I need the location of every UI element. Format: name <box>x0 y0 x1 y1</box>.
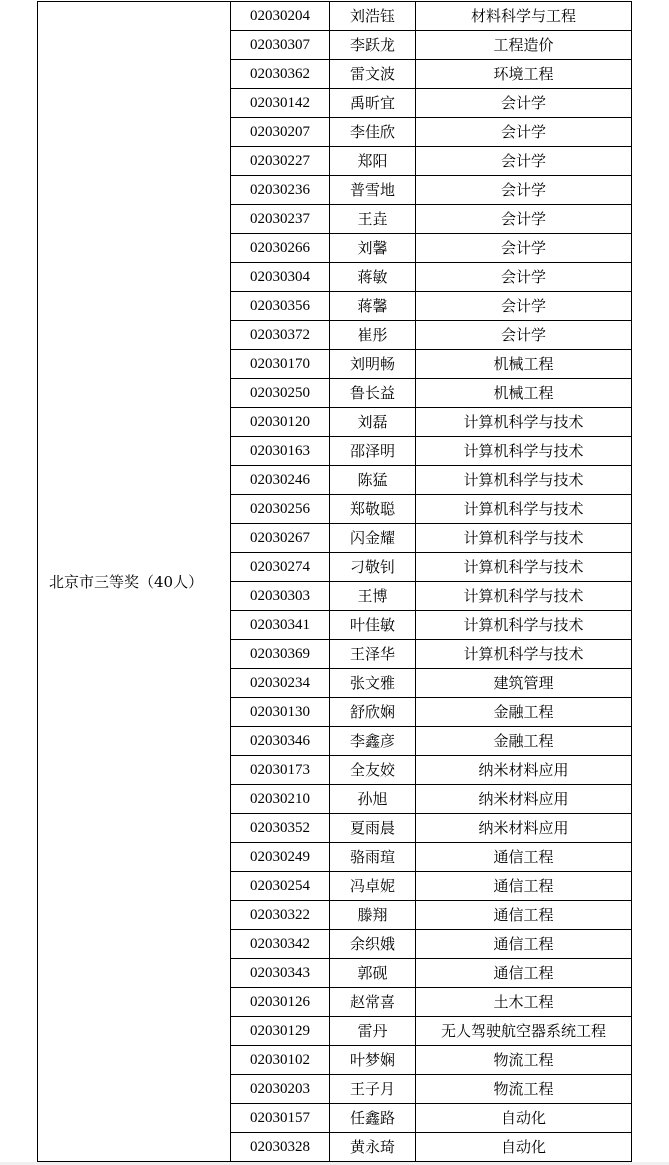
student-name-cell: 王垚 <box>330 205 416 234</box>
student-id-cell: 02030173 <box>231 756 330 785</box>
major-cell: 会计学 <box>416 234 632 263</box>
student-id-cell: 02030352 <box>231 814 330 843</box>
major-cell: 会计学 <box>416 205 632 234</box>
major-cell: 无人驾驶航空器系统工程 <box>416 1017 632 1046</box>
student-id-cell: 02030267 <box>231 524 330 553</box>
major-cell: 通信工程 <box>416 901 632 930</box>
student-id-cell: 02030328 <box>231 1133 330 1162</box>
major-cell: 计算机科学与技术 <box>416 553 632 582</box>
student-id-cell: 02030102 <box>231 1046 330 1075</box>
major-cell: 会计学 <box>416 176 632 205</box>
major-cell: 通信工程 <box>416 872 632 901</box>
student-name-cell: 刘磊 <box>330 408 416 437</box>
major-cell: 物流工程 <box>416 1046 632 1075</box>
student-id-cell: 02030249 <box>231 843 330 872</box>
student-name-cell: 骆雨瑄 <box>330 843 416 872</box>
major-cell: 金融工程 <box>416 698 632 727</box>
major-cell: 会计学 <box>416 292 632 321</box>
major-cell: 会计学 <box>416 89 632 118</box>
major-cell: 计算机科学与技术 <box>416 611 632 640</box>
major-cell: 计算机科学与技术 <box>416 466 632 495</box>
student-id-cell: 02030234 <box>231 669 330 698</box>
major-cell: 计算机科学与技术 <box>416 495 632 524</box>
student-name-cell: 闪金耀 <box>330 524 416 553</box>
major-cell: 通信工程 <box>416 959 632 988</box>
student-name-cell: 滕翔 <box>330 901 416 930</box>
major-cell: 工程造价 <box>416 31 632 60</box>
student-name-cell: 雷文波 <box>330 60 416 89</box>
award-table-body: 北京市三等奖（40人）02030204刘浩钰材料科学与工程02030307李跃龙… <box>38 2 632 1162</box>
student-name-cell: 蒋敏 <box>330 263 416 292</box>
student-name-cell: 邵泽明 <box>330 437 416 466</box>
major-cell: 通信工程 <box>416 930 632 959</box>
major-cell: 建筑管理 <box>416 669 632 698</box>
student-name-cell: 夏雨晨 <box>330 814 416 843</box>
student-name-cell: 李鑫彦 <box>330 727 416 756</box>
student-name-cell: 叶梦娴 <box>330 1046 416 1075</box>
student-id-cell: 02030227 <box>231 147 330 176</box>
major-cell: 会计学 <box>416 263 632 292</box>
student-id-cell: 02030129 <box>231 1017 330 1046</box>
student-name-cell: 郑敬聪 <box>330 495 416 524</box>
student-name-cell: 全友姣 <box>330 756 416 785</box>
student-name-cell: 黄永琦 <box>330 1133 416 1162</box>
student-id-cell: 02030170 <box>231 350 330 379</box>
student-name-cell: 孙旭 <box>330 785 416 814</box>
student-id-cell: 02030341 <box>231 611 330 640</box>
major-cell: 计算机科学与技术 <box>416 524 632 553</box>
major-cell: 自动化 <box>416 1104 632 1133</box>
student-id-cell: 02030207 <box>231 118 330 147</box>
student-name-cell: 鲁长益 <box>330 379 416 408</box>
student-id-cell: 02030157 <box>231 1104 330 1133</box>
student-name-cell: 舒欣娴 <box>330 698 416 727</box>
major-cell: 机械工程 <box>416 350 632 379</box>
student-name-cell: 李佳欣 <box>330 118 416 147</box>
major-cell: 环境工程 <box>416 60 632 89</box>
student-id-cell: 02030246 <box>231 466 330 495</box>
major-cell: 通信工程 <box>416 843 632 872</box>
student-id-cell: 02030237 <box>231 205 330 234</box>
student-name-cell: 刘浩钰 <box>330 2 416 31</box>
student-id-cell: 02030236 <box>231 176 330 205</box>
major-cell: 纳米材料应用 <box>416 814 632 843</box>
major-cell: 计算机科学与技术 <box>416 408 632 437</box>
major-cell: 计算机科学与技术 <box>416 437 632 466</box>
student-id-cell: 02030303 <box>231 582 330 611</box>
major-cell: 自动化 <box>416 1133 632 1162</box>
student-id-cell: 02030203 <box>231 1075 330 1104</box>
major-cell: 计算机科学与技术 <box>416 582 632 611</box>
student-id-cell: 02030274 <box>231 553 330 582</box>
student-id-cell: 02030342 <box>231 930 330 959</box>
student-name-cell: 崔彤 <box>330 321 416 350</box>
student-id-cell: 02030369 <box>231 640 330 669</box>
student-name-cell: 刁敬钊 <box>330 553 416 582</box>
student-id-cell: 02030120 <box>231 408 330 437</box>
student-name-cell: 王泽华 <box>330 640 416 669</box>
student-id-cell: 02030356 <box>231 292 330 321</box>
student-id-cell: 02030343 <box>231 959 330 988</box>
student-name-cell: 雷丹 <box>330 1017 416 1046</box>
student-id-cell: 02030266 <box>231 234 330 263</box>
major-cell: 计算机科学与技术 <box>416 640 632 669</box>
major-cell: 金融工程 <box>416 727 632 756</box>
student-id-cell: 02030126 <box>231 988 330 1017</box>
table-row: 北京市三等奖（40人）02030204刘浩钰材料科学与工程 <box>38 2 632 31</box>
major-cell: 纳米材料应用 <box>416 756 632 785</box>
major-cell: 会计学 <box>416 147 632 176</box>
major-cell: 机械工程 <box>416 379 632 408</box>
student-id-cell: 02030250 <box>231 379 330 408</box>
student-id-cell: 02030362 <box>231 60 330 89</box>
student-name-cell: 冯卓妮 <box>330 872 416 901</box>
student-id-cell: 02030163 <box>231 437 330 466</box>
student-name-cell: 王子月 <box>330 1075 416 1104</box>
student-name-cell: 普雪地 <box>330 176 416 205</box>
major-cell: 会计学 <box>416 118 632 147</box>
student-id-cell: 02030346 <box>231 727 330 756</box>
major-cell: 会计学 <box>416 321 632 350</box>
student-name-cell: 陈猛 <box>330 466 416 495</box>
student-name-cell: 郭砚 <box>330 959 416 988</box>
student-name-cell: 蒋馨 <box>330 292 416 321</box>
student-id-cell: 02030307 <box>231 31 330 60</box>
major-cell: 纳米材料应用 <box>416 785 632 814</box>
student-name-cell: 余织娥 <box>330 930 416 959</box>
award-table: 北京市三等奖（40人）02030204刘浩钰材料科学与工程02030307李跃龙… <box>37 1 632 1162</box>
student-name-cell: 赵常喜 <box>330 988 416 1017</box>
student-id-cell: 02030210 <box>231 785 330 814</box>
student-id-cell: 02030256 <box>231 495 330 524</box>
student-name-cell: 任鑫路 <box>330 1104 416 1133</box>
student-name-cell: 王博 <box>330 582 416 611</box>
student-name-cell: 李跃龙 <box>330 31 416 60</box>
student-id-cell: 02030254 <box>231 872 330 901</box>
student-id-cell: 02030304 <box>231 263 330 292</box>
major-cell: 材料科学与工程 <box>416 2 632 31</box>
major-cell: 物流工程 <box>416 1075 632 1104</box>
student-id-cell: 02030322 <box>231 901 330 930</box>
award-category-cell: 北京市三等奖（40人） <box>38 2 231 1162</box>
student-name-cell: 禹昕宜 <box>330 89 416 118</box>
student-name-cell: 刘馨 <box>330 234 416 263</box>
student-name-cell: 张文雅 <box>330 669 416 698</box>
student-name-cell: 叶佳敏 <box>330 611 416 640</box>
student-id-cell: 02030372 <box>231 321 330 350</box>
student-id-cell: 02030142 <box>231 89 330 118</box>
major-cell: 土木工程 <box>416 988 632 1017</box>
student-id-cell: 02030204 <box>231 2 330 31</box>
student-id-cell: 02030130 <box>231 698 330 727</box>
student-name-cell: 刘明畅 <box>330 350 416 379</box>
student-name-cell: 郑阳 <box>330 147 416 176</box>
